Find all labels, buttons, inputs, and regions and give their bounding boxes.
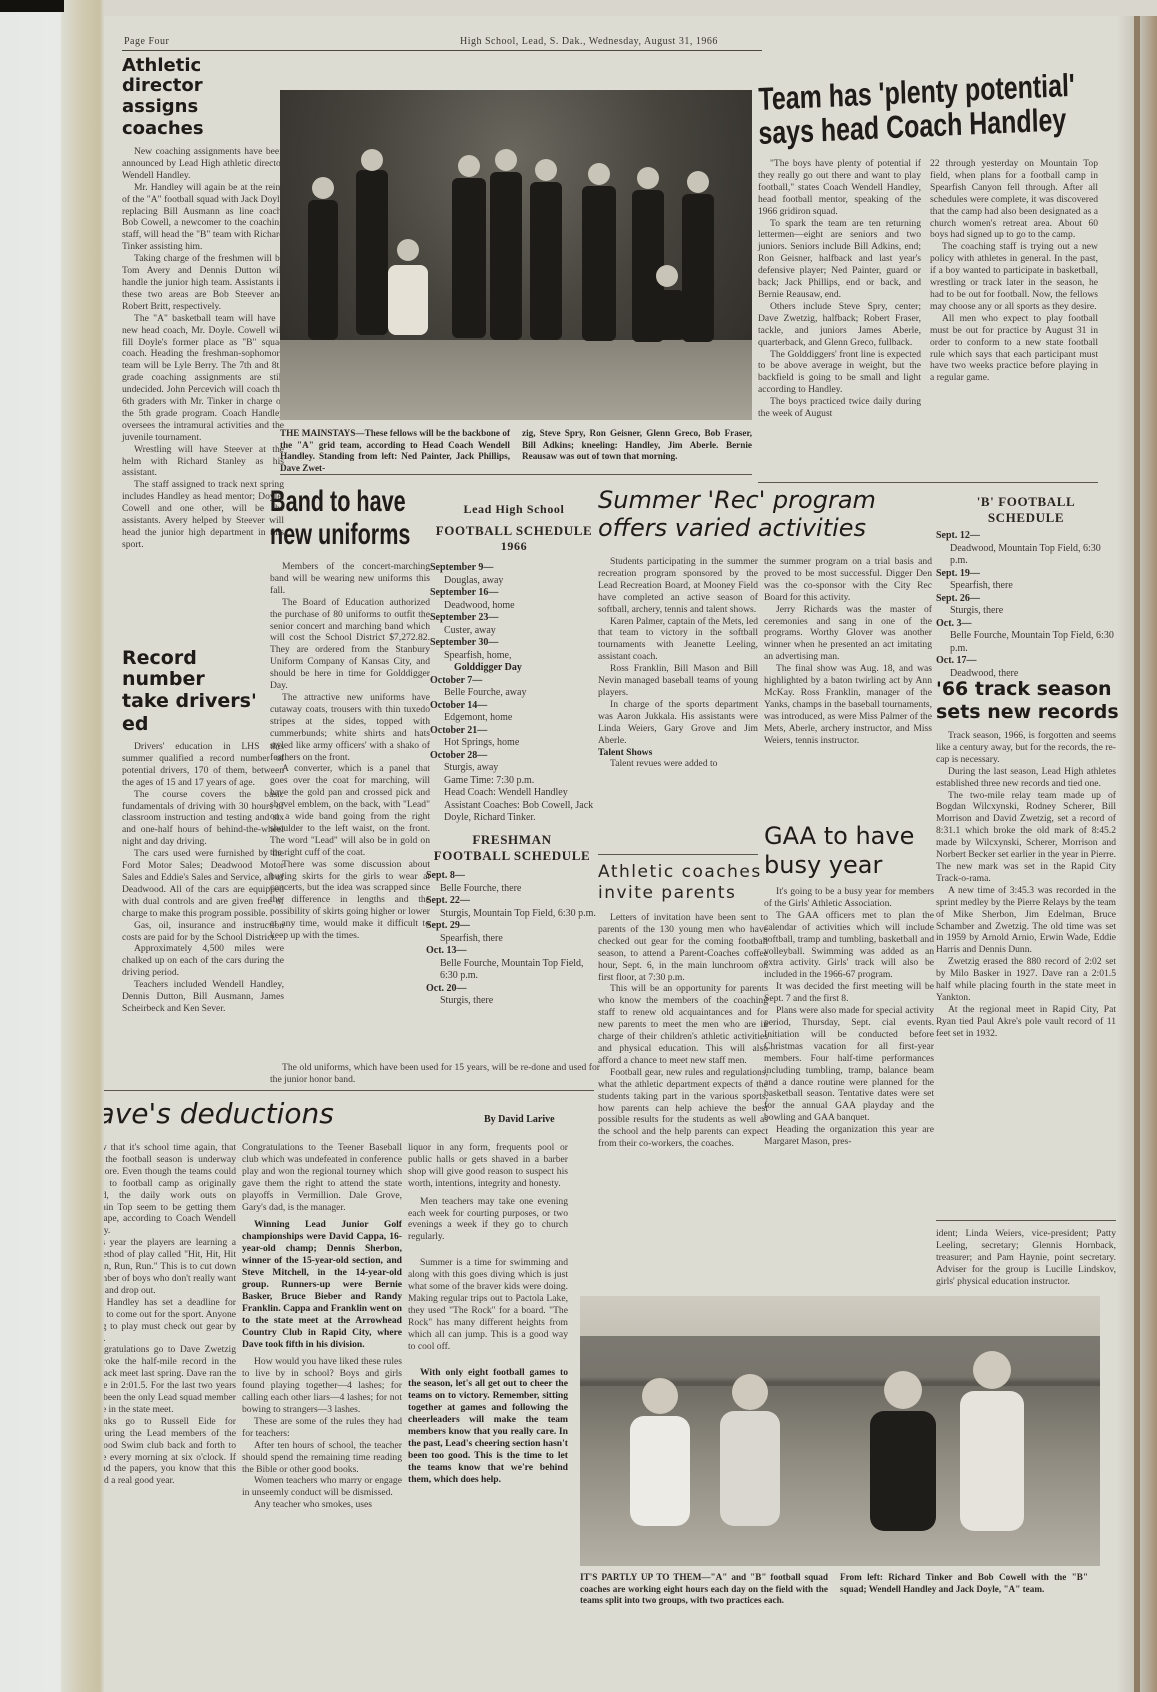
- daves-deductions-col3: liquor in any form, frequents pool or pu…: [408, 1142, 568, 1486]
- headline: new uniforms: [270, 518, 385, 552]
- section-rule: [758, 482, 1098, 483]
- paragraph: These are some of the rules they had for…: [242, 1416, 402, 1440]
- paragraph: Thanks go to Russell Eide for chauffeuri…: [104, 1416, 236, 1487]
- headline: take drivers' ed: [122, 690, 284, 736]
- section-rule: [104, 1090, 594, 1091]
- game-opponent: Spearfish, there: [936, 580, 1116, 593]
- paragraph: Men teachers may take one evening each w…: [408, 1196, 568, 1244]
- daves-deductions-col2: Congratulations to the Teener Baseball c…: [242, 1142, 402, 1511]
- schedule-title: 'B' FOOTBALL: [936, 494, 1116, 510]
- article-body: Letters of invitation have been sent to …: [598, 912, 768, 1150]
- headline: GAA to have: [764, 822, 934, 850]
- assistant-coaches: Assistant Coaches: Bob Cowell, Jack Doyl…: [430, 800, 598, 825]
- headline: sets new records: [936, 700, 1136, 724]
- paragraph: Karen Palmer, captain of the Mets, led t…: [598, 616, 758, 664]
- paragraph: Football gear, new rules and regulations…: [598, 1067, 768, 1150]
- paragraph: Approximately 4,500 miles were chalked u…: [122, 943, 284, 979]
- team-players-figures: [280, 90, 752, 420]
- paragraph: A new time of 3:45.3 was recorded in the…: [936, 885, 1116, 956]
- article-band-uniforms: Band to have new uniforms: [270, 486, 430, 556]
- paragraph: New coaching assignments have been annou…: [122, 146, 284, 182]
- paragraph: Ross Franklin, Bill Mason and Bill Nevin…: [598, 663, 758, 699]
- band-uniforms-tail: The old uniforms, which have been used f…: [270, 1062, 600, 1086]
- game-date: Sept. 29—: [426, 920, 598, 933]
- paragraph: Women teachers who marry or engage in un…: [242, 1475, 402, 1499]
- game-date: Sept. 22—: [426, 895, 598, 908]
- game-date: Sept. 8—: [426, 870, 598, 883]
- section-rule: [280, 474, 752, 475]
- section-rule: [936, 1220, 1116, 1221]
- paragraph: liquor in any form, frequents pool or pu…: [408, 1142, 568, 1190]
- game-date: September 30—: [430, 637, 598, 650]
- coaches-caption: From left: Richard Tinker and Bob Cowell…: [840, 1572, 1088, 1595]
- headline: Athletic coaches: [598, 862, 768, 882]
- gaa-continued: ident; Linda Weiers, vice-president; Pat…: [936, 1228, 1116, 1288]
- game-opponent: Belle Fourche, Mountain Top Field, 6:30 …: [936, 630, 1116, 655]
- mainstays-caption: THE MAINSTAYS—These fellows will be the …: [280, 428, 510, 474]
- page-label: Page Four: [124, 36, 169, 47]
- paragraph: The staff assigned to track next spring …: [122, 479, 284, 550]
- band-uniforms-body: Members of the concert-marching band wil…: [270, 561, 430, 942]
- paragraph: 22 through yesterday on Mountain Top fie…: [930, 158, 1098, 241]
- article-record-drivers: Record number take drivers' ed Drivers' …: [122, 648, 284, 1015]
- game-date: October 28—: [430, 750, 598, 763]
- paragraph: Track season, 1966, is forgotten and see…: [936, 730, 1116, 766]
- schedule-title: Lead High School: [430, 502, 598, 517]
- mainstays-caption: zig, Steve Spry, Ron Geisner, Glenn Grec…: [522, 428, 752, 463]
- scanner-edge: [0, 0, 64, 12]
- mainstays-photo: [280, 90, 752, 420]
- game-opponent: Sturgis, Mountain Top Field, 6:30 p.m.: [426, 908, 598, 921]
- paragraph: Congratulations to the Teener Baseball c…: [242, 1142, 402, 1213]
- headline: Record number: [122, 648, 284, 690]
- game-opponent: Hot Springs, home: [430, 737, 598, 750]
- paragraph-bold: Winning Lead Junior Golf championships w…: [242, 1219, 402, 1350]
- schedule-list: September 9— Douglas, away September 16—…: [430, 562, 598, 825]
- summer-rec-col1: Students participating in the summer rec…: [598, 556, 758, 770]
- varsity-schedule: Lead High School FOOTBALL SCHEDULE 1966 …: [430, 502, 598, 825]
- column-headline: Dave's deductions: [104, 1096, 334, 1132]
- paragraph: During the last season, Lead High athlet…: [936, 766, 1116, 790]
- game-opponent: Deadwood, home: [430, 600, 598, 613]
- game-opponent: Belle Fourche, away: [430, 687, 598, 700]
- headline: Band to have: [270, 486, 385, 518]
- game-opponent: Deadwood, Mountain Top Field, 6:30 p.m.: [936, 543, 1116, 568]
- game-date: Oct. 17—: [936, 655, 1116, 668]
- article-athletic-director: Athletic director assigns coaches New co…: [122, 56, 284, 551]
- game-date: Oct. 3—: [936, 618, 1116, 631]
- newspaper-page: Page Four High School, Lead, S. Dak., We…: [104, 16, 1157, 1692]
- paragraph: The "A" basketball team will have a new …: [122, 313, 284, 444]
- headline: assigns coaches: [122, 96, 284, 140]
- game-opponent: Sturgis, there: [426, 995, 598, 1008]
- game-opponent: Sturgis, away: [430, 762, 598, 775]
- paragraph: Teachers included Wendell Handley, Denni…: [122, 979, 284, 1015]
- article-summer-rec: Summer 'Rec' program offers varied activ…: [598, 486, 898, 542]
- game-date: Sept. 12—: [936, 530, 1116, 543]
- game-date: October 7—: [430, 675, 598, 688]
- paragraph: Students participating in the summer rec…: [598, 556, 758, 616]
- b-team-schedule: 'B' FOOTBALL SCHEDULE Sept. 12— Deadwood…: [936, 494, 1116, 680]
- paragraph: ident; Linda Weiers, vice-president; Pat…: [936, 1228, 1116, 1288]
- game-date: October 14—: [430, 700, 598, 713]
- paragraph: This year the players are learning a new…: [104, 1237, 236, 1297]
- coaches-photo: [580, 1296, 1100, 1566]
- freshman-schedule: FRESHMAN FOOTBALL SCHEDULE Sept. 8— Bell…: [426, 832, 598, 1008]
- schedule-title: FRESHMAN: [426, 832, 598, 848]
- dateline: High School, Lead, S. Dak., Wednesday, A…: [460, 36, 718, 47]
- paragraph: It was decided the first meeting will be…: [764, 981, 934, 1005]
- schedule-year: 1966: [430, 539, 598, 554]
- game-date: Oct. 13—: [426, 945, 598, 958]
- paragraph: "The boys have plenty of potential if th…: [758, 158, 921, 218]
- section-rule: [598, 854, 758, 855]
- paragraph: Wrestling will have Steever at the helm …: [122, 444, 284, 480]
- game-opponent: Sturgis, there: [936, 605, 1116, 618]
- page-gutter: [1134, 16, 1140, 1692]
- game-opponent: Spearfish, there: [426, 933, 598, 946]
- paragraph: To spark the team are ten returning lett…: [758, 218, 921, 301]
- paragraph-bold: With only eight football games to the se…: [408, 1367, 568, 1486]
- paragraph: Gas, oil, insurance and instruction cost…: [122, 920, 284, 944]
- paragraph: The two-mile relay team made up of Bogda…: [936, 790, 1116, 885]
- paragraph: Drivers' education in LHS this summer qu…: [122, 741, 284, 789]
- article-body: New coaching assignments have been annou…: [122, 146, 284, 551]
- article-body: Drivers' education in LHS this summer qu…: [122, 741, 284, 1015]
- game-date: September 9—: [430, 562, 598, 575]
- paragraph: A converter, which is a panel that goes …: [270, 763, 430, 858]
- paragraph: Congratulations go to Dave Zwetzig who b…: [104, 1344, 236, 1415]
- article-body: It's going to be a busy year for members…: [764, 886, 934, 1148]
- paragraph: In charge of the sports department was A…: [598, 699, 758, 747]
- schedule-title: SCHEDULE: [936, 510, 1116, 526]
- coaches-figures: [580, 1296, 1100, 1566]
- paragraph: The GAA officers met to plan the calenda…: [764, 910, 934, 981]
- paragraph: Summer is a time for swimming and along …: [408, 1257, 568, 1352]
- game-date: Oct. 20—: [426, 983, 598, 996]
- paragraph: The Golddiggers' front line is expected …: [758, 349, 921, 397]
- paragraph: The old uniforms, which have been used f…: [270, 1062, 600, 1086]
- paragraph: This will be an opportunity for parents …: [598, 983, 768, 1066]
- headline: offers varied activities: [598, 514, 898, 542]
- paragraph: Heading the organization this year are M…: [764, 1124, 934, 1148]
- paragraph: Members of the concert-marching band wil…: [270, 561, 430, 597]
- masthead-rule: [122, 50, 762, 51]
- headline: busy year: [764, 850, 934, 880]
- schedule-title: FOOTBALL SCHEDULE: [430, 523, 598, 539]
- game-date: October 21—: [430, 725, 598, 738]
- article-track-season: '66 track season sets new records: [936, 678, 1136, 728]
- paragraph: The final show was Aug. 18, and was high…: [764, 663, 932, 746]
- paragraph: Zwetzig erased the 880 record of 2:02 se…: [936, 956, 1116, 1004]
- headline: Athletic director: [122, 56, 284, 96]
- headline: Summer 'Rec' program: [598, 486, 898, 514]
- paragraph: Plans were also made for special activit…: [764, 1005, 934, 1124]
- game-opponent: Custer, away: [430, 625, 598, 638]
- track-season-body: Track season, 1966, is forgotten and see…: [936, 730, 1116, 1040]
- subhead: Talent Shows: [598, 747, 758, 759]
- game-note: Golddigger Day: [430, 662, 598, 675]
- paragraph: The coaching staff is trying out a new p…: [930, 241, 1098, 312]
- article-gaa: GAA to have busy year It's going to be a…: [764, 822, 934, 1148]
- schedule-title: FOOTBALL SCHEDULE: [426, 848, 598, 864]
- paragraph: After ten hours of school, the teacher s…: [242, 1440, 402, 1476]
- paragraph: How would you have liked these rules to …: [242, 1356, 402, 1416]
- team-potential-col2: 22 through yesterday on Mountain Top fie…: [930, 158, 1098, 384]
- game-date: Sept. 19—: [936, 568, 1116, 581]
- article-team-potential: Team has 'plenty potential' says head Co…: [758, 82, 1157, 150]
- paragraph: The cars used were furnished by the Ford…: [122, 848, 284, 919]
- paragraph: It's going to be a busy year for members…: [764, 886, 934, 910]
- paragraph: Letters of invitation have been sent to …: [598, 912, 768, 983]
- schedule-list: Sept. 12— Deadwood, Mountain Top Field, …: [936, 530, 1116, 680]
- paragraph: The attractive new uniforms have cutaway…: [270, 692, 430, 763]
- schedule-list: Sept. 8— Belle Fourche, there Sept. 22— …: [426, 870, 598, 1008]
- paragraph: Mr. Handley will again be at the reins o…: [122, 182, 284, 253]
- game-time: Game Time: 7:30 p.m.: [430, 775, 598, 788]
- paragraph: Any teacher who smokes, uses: [242, 1499, 402, 1511]
- paragraph: The boys practiced twice daily during th…: [758, 396, 921, 420]
- paragraph: The Board of Education authorized the pu…: [270, 597, 430, 692]
- headline: invite parents: [598, 882, 768, 904]
- paragraph: Mr. Handley has set a deadline for playe…: [104, 1297, 236, 1345]
- paragraph: Taking charge of the freshmen will be To…: [122, 253, 284, 313]
- game-opponent: Belle Fourche, Mountain Top Field, 6:30 …: [426, 958, 598, 983]
- game-opponent: Edgemont, home: [430, 712, 598, 725]
- byline: By David Larive: [484, 1114, 555, 1125]
- team-potential-col1: "The boys have plenty of potential if th…: [758, 158, 921, 420]
- paragraph: Others include Steve Spry, center; Dave …: [758, 301, 921, 349]
- article-coaches-parents: Athletic coaches invite parents Letters …: [598, 862, 768, 1150]
- game-opponent: Spearfish, home,: [430, 650, 598, 663]
- paragraph: All men who expect to play football must…: [930, 313, 1098, 384]
- game-date: Sept. 26—: [936, 593, 1116, 606]
- paragraph: At the regional meet in Rapid City, Pat …: [936, 1004, 1116, 1040]
- game-date: September 16—: [430, 587, 598, 600]
- daves-deductions-col1: Now that it's school time again, that me…: [104, 1142, 236, 1487]
- headline: '66 track season: [936, 678, 1136, 700]
- summer-rec-col2: the summer program on a trial basis and …: [764, 556, 932, 747]
- paragraph: There was some discussion about buying s…: [270, 859, 430, 942]
- paragraph: Jerry Richards was the master of ceremon…: [764, 604, 932, 664]
- game-opponent: Douglas, away: [430, 575, 598, 588]
- paragraph: Now that it's school time again, that me…: [104, 1142, 236, 1237]
- head-coach: Head Coach: Wendell Handley: [430, 787, 598, 800]
- paragraph: The course covers the basic fundamentals…: [122, 789, 284, 849]
- paragraph: Talent revues were added to: [598, 758, 758, 770]
- game-opponent: Belle Fourche, there: [426, 883, 598, 896]
- paragraph: the summer program on a trial basis and …: [764, 556, 932, 604]
- game-date: September 23—: [430, 612, 598, 625]
- coaches-caption: IT'S PARTLY UP TO THEM—"A" and "B" footb…: [580, 1572, 828, 1607]
